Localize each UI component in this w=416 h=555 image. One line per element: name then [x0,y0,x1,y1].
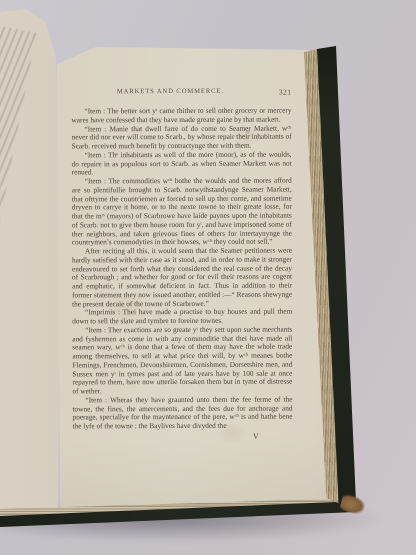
signature-mark: V [73,431,293,441]
paragraph: After reciting all this, it would seem t… [72,247,292,309]
page-number: 321 [279,87,292,96]
left-page-edge-stack [38,14,59,510]
page-paragraphs: “Item : The better sort yᵗ came thither … [71,107,292,432]
paragraph: “Item : Ther exactions are so greate yᵗ … [72,325,292,396]
paragraph: “Imprimis : Thei have made a practise to… [72,308,292,326]
running-header-title: MARKETS AND COMMERCE. [60,88,280,96]
running-header: MARKETS AND COMMERCE. 321 [71,88,291,100]
paragraph: “Item : The better sort yᵗ came thither … [71,107,291,125]
photo-background: MARKETS AND COMMERCE. 321 “Item : The be… [0,0,416,555]
paragraph: “Item : Wheras they have graunted unto t… [72,395,292,431]
paragraph: “Item : Manie that dwell farre of do com… [72,124,292,151]
left-page-blurred-text [0,26,36,477]
page-content: MARKETS AND COMMERCE. 321 “Item : The be… [71,88,292,442]
paragraph: “Item : Thᵉ inhabitants as well of the m… [72,150,292,177]
paragraph: “Item : The commodities wᶜʰ bothe the wo… [72,177,292,248]
